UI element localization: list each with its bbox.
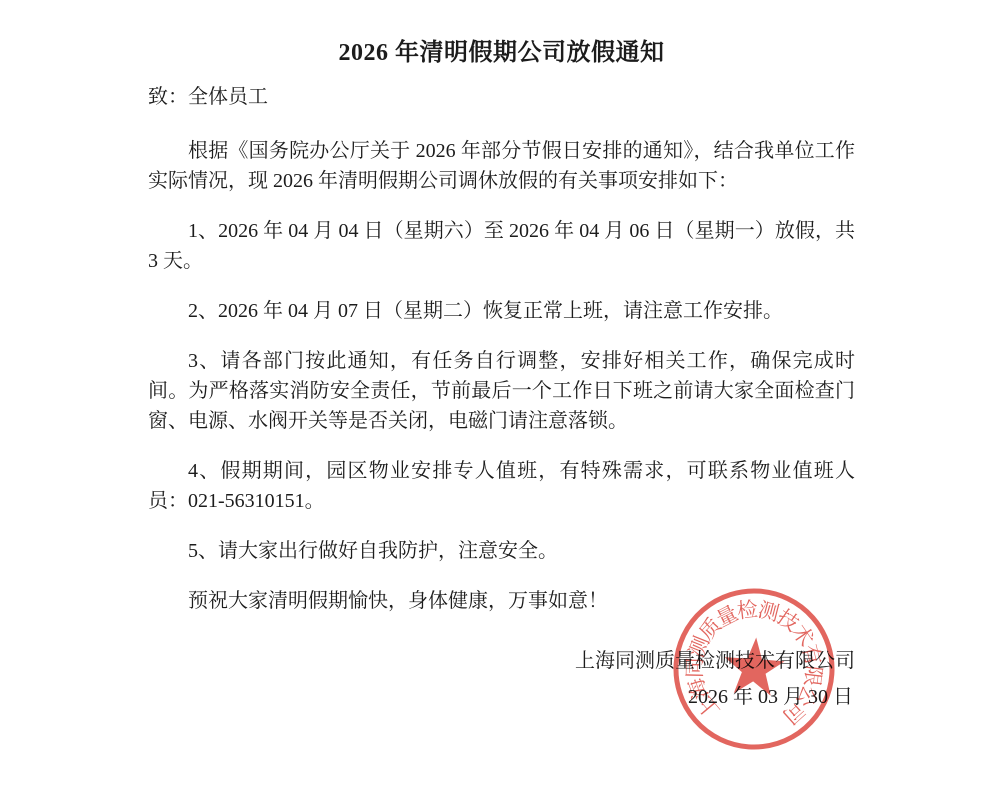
document-page: 2026 年清明假期公司放假通知 致：全体员工 根据《国务院办公厅关于 2026… [0, 0, 988, 798]
paragraph-item-3: 3、请各部门按此通知，有任务自行调整，安排好相关工作，确保完成时间。为严格落实消… [148, 346, 855, 436]
document-title: 2026 年清明假期公司放假通知 [148, 38, 855, 68]
paragraph-intro: 根据《国务院办公厅关于 2026 年部分节假日安排的通知》，结合我单位工作实际情… [148, 136, 855, 196]
salutation-line: 致：全体员工 [148, 82, 855, 112]
paragraph-wishes: 预祝大家清明假期愉快，身体健康，万事如意！ [148, 586, 855, 616]
document-content: 2026 年清明假期公司放假通知 致：全体员工 根据《国务院办公厅关于 2026… [0, 0, 988, 712]
signature-company-name: 上海同测质量检测技术有限公司 [148, 646, 855, 676]
signature-date: 2026 年 03 月 30 日 [148, 682, 855, 712]
paragraph-item-2: 2、2026 年 04 月 07 日（星期二）恢复正常上班，请注意工作安排。 [148, 296, 855, 326]
paragraph-item-5: 5、请大家出行做好自我防护，注意安全。 [148, 536, 855, 566]
signature-block: 上海同测质量检测技术有限公司 2026 年 03 月 30 日 [148, 646, 855, 712]
paragraph-item-4: 4、假期期间，园区物业安排专人值班，有特殊需求，可联系物业值班人员：021-56… [148, 456, 855, 516]
paragraph-item-1: 1、2026 年 04 月 04 日（星期六）至 2026 年 04 月 06 … [148, 216, 855, 276]
